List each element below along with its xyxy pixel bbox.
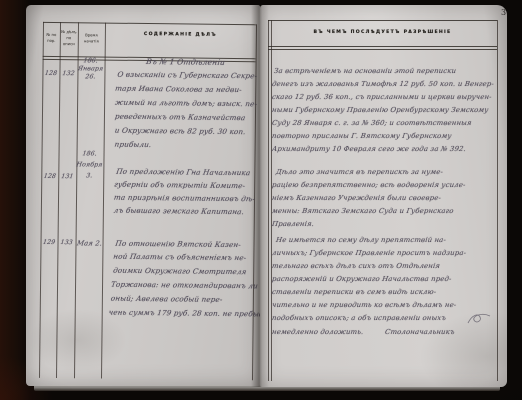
resolution2-text-line: ніемъ Казеннаго Учрежденія были своевре- (272, 195, 442, 202)
col-header-line: пор. (43, 38, 60, 44)
col-header-number-inventory: № дѣлъ по описи (60, 29, 78, 47)
entry2-date-line: 186. (74, 151, 105, 158)
page-number: 3 (501, 8, 506, 17)
col-header-line: начатія (78, 38, 105, 44)
resolution3-text-line: Не имѣется по сему дѣлу препятствій на- (276, 237, 447, 244)
entry1-text-line: и Окружнаго всѣ 82 руб. 30 коп. (114, 127, 246, 136)
right-table-title: ВЪ ЧЕМЪ ПОСЛѢДУЕТЪ РАЗРѢШЕНІЕ (268, 30, 497, 35)
entry1-text-line: реведенныхъ отъ Казначейства (114, 113, 246, 122)
resolution1-text-line: Архимандриту 10 Февраля сего же года за … (272, 146, 467, 153)
resolution1-text-line: повторно присланы Г. Вятскому Губернском… (272, 133, 452, 140)
entry3-text-line: Торжанова: не откомандированъ ли (111, 281, 259, 290)
resolution3-closing: немедленно доложить. (272, 329, 364, 336)
header-bottom-rule-1 (268, 46, 497, 47)
entry1-date-line: 186. (75, 58, 106, 65)
entry1-text-line: таря Ивана Соколова за недви- (115, 85, 243, 94)
entry2-text-line: лъ бывшаго земскаго Капитана. (113, 207, 244, 216)
left-page-form: СОДЕРЖАНІЕ ДѢЛЪ № по пор. № дѣлъ по опис… (26, 5, 260, 386)
resolution3-text-line: распоряженій и Окружнаго Начальства пред… (272, 276, 452, 283)
entry2-text-line: губерніи объ открытіи Комите- (114, 181, 246, 190)
col-header-date-started: Время начатія (78, 32, 105, 44)
resolution2-text-line: Правленія. (272, 221, 315, 228)
clerk-signature: Столоначальникъ (385, 329, 456, 336)
entry1-text-line: прибыли. (114, 141, 152, 149)
resolution3-text-line: тельнаго всѣхъ дѣлъ сихъ отъ Отдѣленія (272, 263, 441, 270)
resolution3-text-line: чительно и не приводить ко всѣмъ дѣламъ … (272, 302, 457, 309)
entry2-text-line: По предложенію Гна Начальника (116, 168, 251, 177)
resolution2-text-line: раціею безпрепятственно; всѣ водворенія … (272, 182, 466, 189)
entry2-text-line: та призрѣнія воспитанниковъ дѣ- (114, 194, 256, 203)
resolution2-text-line: Дѣло это значится въ перепискѣ за нуме- (276, 169, 444, 176)
resolution1-text-line: ными Губернскому Правленію Оренбургскому… (272, 107, 489, 114)
entry1-number-order: 128 (42, 71, 60, 77)
entry1-date-line: 26. (75, 74, 106, 81)
left-table-title: СОДЕРЖАНІЕ ДѢЛЪ (105, 32, 256, 39)
right-page: 3 ВЪ ЧЕМЪ ПОСЛѢДУЕТЪ РАЗРѢШЕНІЕ За встрѣ… (260, 5, 507, 387)
entry3-date-line: Мая 2. (73, 240, 106, 247)
entry2-number-order: 128 (41, 174, 59, 180)
entry3-text-line: ной Палаты съ объясненіемъ не- (113, 253, 247, 262)
scanned-ledger-photo: СОДЕРЖАНІЕ ДѢЛЪ № по пор. № дѣлъ по опис… (0, 0, 522, 400)
resolution3-text-line: личныхъ; Губернское Правленіе проситъ на… (272, 250, 467, 257)
right-border-rule (497, 20, 498, 381)
entry2-date-line: Ноября (74, 162, 105, 169)
header-bottom-rule-2 (268, 49, 497, 50)
resolution1-text-line: скаго 12 руб. 36 коп., съ присланными и … (272, 94, 493, 101)
entry3-number-order: 129 (40, 240, 58, 246)
resolution3-text-line: подобныхъ описокъ; а объ исправленіи оны… (272, 315, 447, 322)
entry1-text-line: жимый на льготѣ домъ; взыск. пе- (115, 99, 258, 108)
entry2-date-line: 3. (74, 173, 105, 180)
entry1-date-line: Января (75, 66, 106, 73)
col-header-line: описи (60, 41, 78, 47)
entry3-text-line: оный; Авелева особый пере- (110, 295, 223, 303)
left-page: СОДЕРЖАНІЕ ДѢЛЪ № по пор. № дѣлъ по опис… (26, 5, 260, 386)
entry1-section-heading: Въ № 1 Отдѣленіи (117, 58, 254, 67)
col-header-number-order: № по пор. (43, 32, 60, 44)
entry3-text-line: доимки Окружнаго Смотрителя (113, 267, 247, 276)
table-top-rule (43, 22, 256, 25)
signature-flourish-icon (466, 311, 492, 327)
resolution2-text-line: менны: Вятскаго Земскаго Суда и Губернск… (272, 208, 455, 215)
resolution1-text-line: Суду 28 Января с. г. за № 360; и соотвѣт… (272, 120, 473, 127)
entry3-text-line: чень суммъ 179 руб. 28 коп. не пребыв. (108, 309, 260, 318)
table-top-rule (268, 20, 497, 21)
resolution3-text-line: ставленіи переписки въ семъ видѣ исклю- (272, 289, 437, 296)
book-fold-shadow (251, 5, 269, 387)
resolution1-text-line: денегъ изъ жалованья Тимофѣя 12 руб. 50 … (272, 81, 495, 88)
entry1-text-line: О взысканіи съ Губернскаго Секре- (117, 71, 258, 80)
entry3-text-line: По отношенію Вятской Казен- (115, 240, 242, 249)
resolution1-text-line: За встрѣченіемъ на основаніи этой перепи… (274, 68, 457, 75)
